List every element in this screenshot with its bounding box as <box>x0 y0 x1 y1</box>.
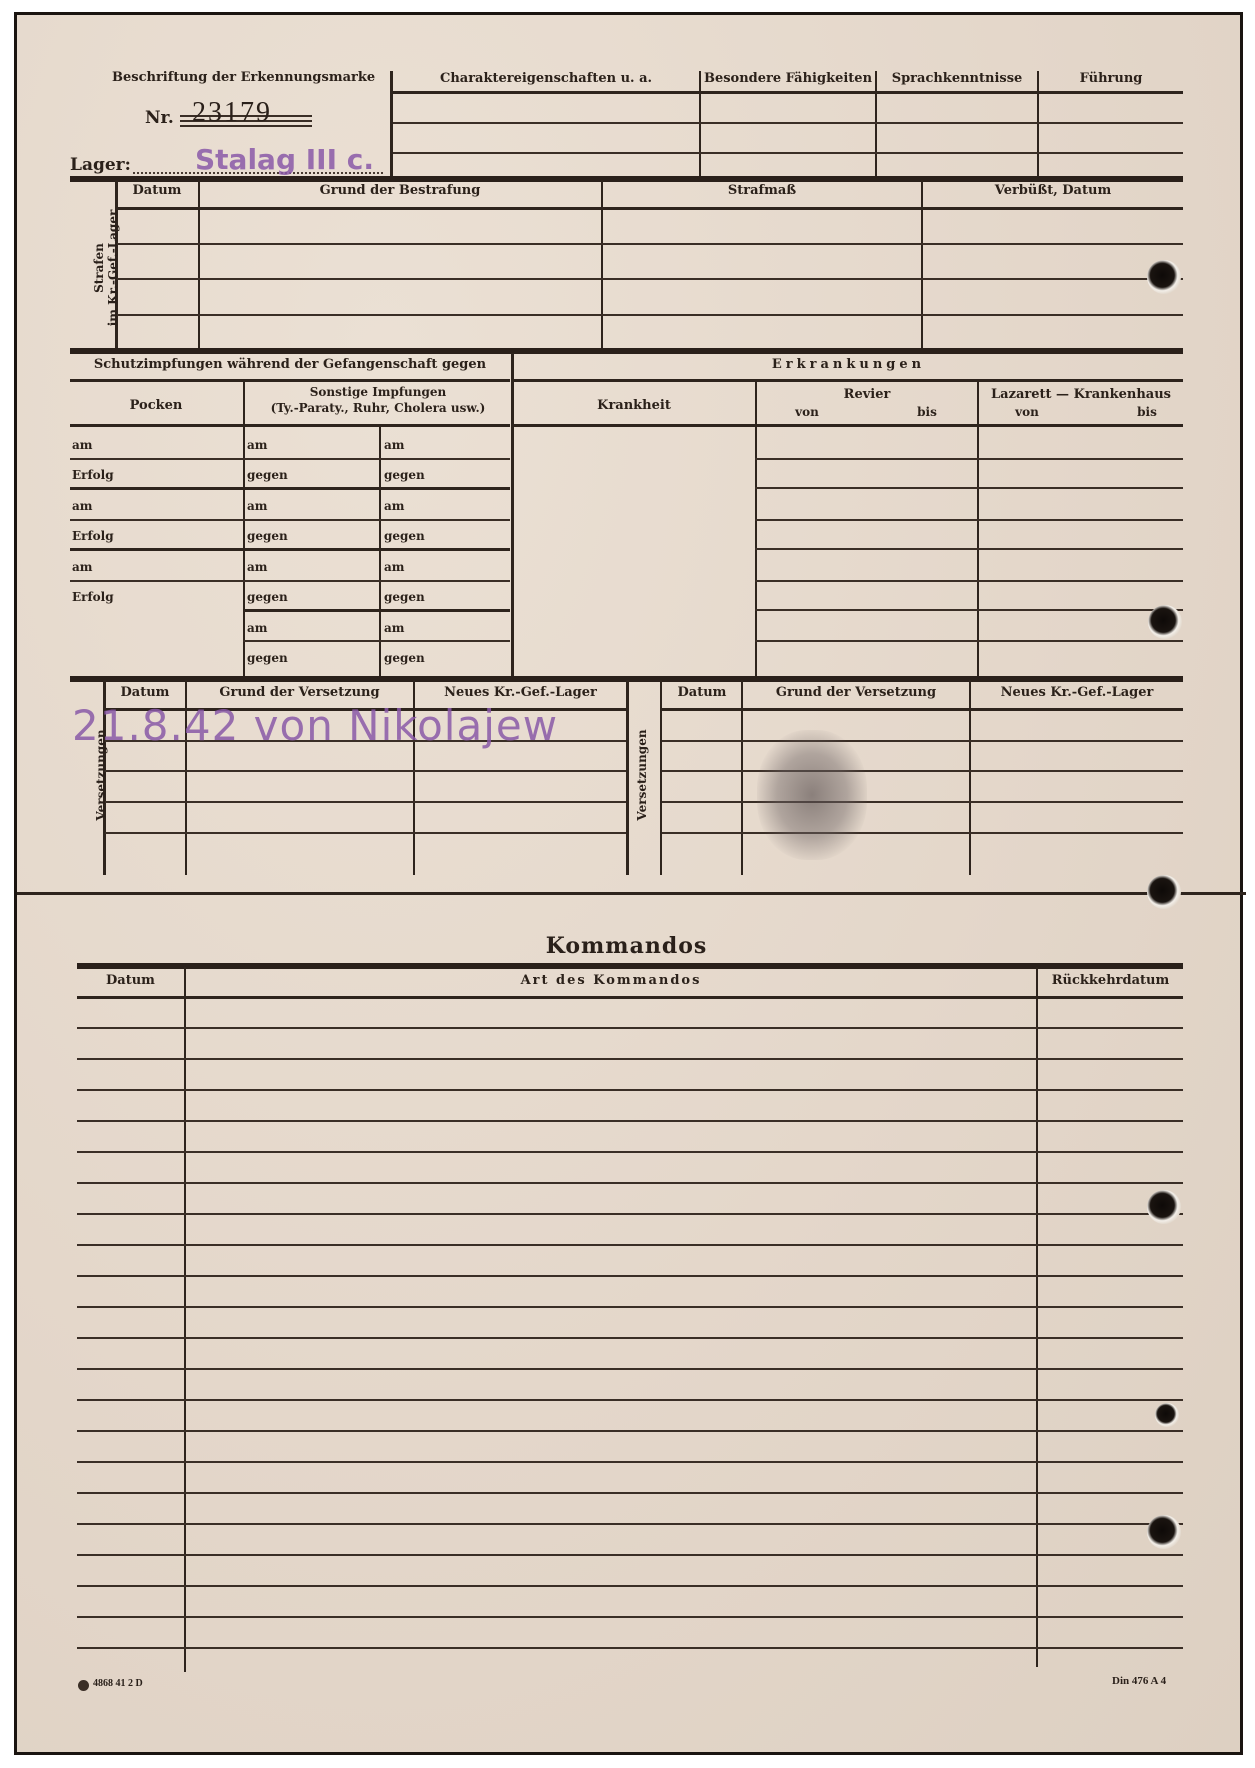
ink-smudge <box>757 730 867 860</box>
table-row-line <box>77 1368 1183 1370</box>
col-kommando-return-date: Rückkehrdatum <box>1038 973 1183 988</box>
col-punish-served: Verbüßt, Datum <box>923 183 1183 198</box>
camp-stamp: Stalag III c. <box>195 143 374 176</box>
vacc-row: gegen <box>247 468 288 482</box>
vacc-row: gegen <box>247 651 288 665</box>
punch-hole <box>1155 1403 1179 1427</box>
col-kommando-type: Art des Kommandos <box>186 973 1036 988</box>
print-code: 4868 41 2 D <box>93 1678 143 1689</box>
transfers-side-label-right: Versetzungen <box>635 715 651 835</box>
vacc-row: am <box>247 560 267 574</box>
nr-label: Nr. <box>145 108 174 128</box>
printer-mark-icon <box>78 1680 89 1691</box>
table-row-line <box>77 1492 1183 1494</box>
illness-header: Krankheit <box>514 398 754 413</box>
vacc-row: am <box>384 499 404 513</box>
col-punish-date: Datum <box>117 183 197 198</box>
vacc-row: gegen <box>384 468 425 482</box>
hospital-to: bis <box>1127 405 1167 419</box>
nr-value: 23179 <box>180 97 312 131</box>
table-row-line <box>77 1306 1183 1308</box>
col-character: Charaktereigenschaften u. a. <box>393 71 699 86</box>
col-transfer-reason: Grund der Versetzung <box>187 685 412 700</box>
vaccinations-title: Schutzimpfungen während der Gefangenscha… <box>70 357 510 372</box>
table-row-line <box>77 1461 1183 1463</box>
table-row-line <box>77 1058 1183 1060</box>
pox-header: Pocken <box>70 398 242 413</box>
pox-row: am <box>72 560 92 574</box>
table-row-line <box>77 1647 1183 1649</box>
pox-row: am <box>72 499 92 513</box>
infirmary-header: Revier <box>757 387 977 402</box>
table-row-line <box>77 1337 1183 1339</box>
vacc-row: am <box>384 621 404 635</box>
other-vacc-header: Sonstige Impfungen (Ty.-Paraty., Ruhr, C… <box>245 384 511 416</box>
table-row-line <box>77 1430 1183 1432</box>
punishments-side-label: Strafen im Kr.-Gef.-Lager <box>92 208 122 328</box>
vacc-row: gegen <box>384 651 425 665</box>
vacc-row: am <box>384 560 404 574</box>
col-transfer-new-camp: Neues Kr.-Gef.-Lager <box>415 685 626 700</box>
table-row-line <box>77 1151 1183 1153</box>
punch-hole <box>1147 1515 1181 1549</box>
col-kommando-date: Datum <box>77 973 184 988</box>
kommandos-title: Kommandos <box>70 933 1183 959</box>
table-row-line <box>77 1244 1183 1246</box>
infirmary-from: von <box>787 405 827 419</box>
col-punish-reason: Grund der Bestrafung <box>200 183 600 198</box>
vacc-row: am <box>247 621 267 635</box>
punch-hole <box>1147 875 1181 909</box>
transfer-stamp-entry: 21.8.42 von Nikolajew <box>72 701 558 750</box>
din-format: Din 476 A 4 <box>1112 1675 1166 1687</box>
pow-record-card-back: Beschriftung der Erkennungsmarke Nr. 231… <box>14 12 1243 1755</box>
vacc-row: am <box>247 499 267 513</box>
vacc-row: gegen <box>384 529 425 543</box>
col-conduct: Führung <box>1039 71 1183 86</box>
col-transfer-reason-2: Grund der Versetzung <box>743 685 969 700</box>
illnesses-title: Erkrankungen <box>514 357 1183 372</box>
hospital-from: von <box>1007 405 1047 419</box>
infirmary-to: bis <box>907 405 947 419</box>
col-transfer-date: Datum <box>105 685 185 700</box>
vacc-row: gegen <box>247 590 288 604</box>
vacc-row: gegen <box>384 590 425 604</box>
vacc-row: am <box>247 438 267 452</box>
pox-row: Erfolg <box>72 590 114 604</box>
table-row-line <box>77 1027 1183 1029</box>
punch-hole <box>1148 605 1182 639</box>
camp-label: Lager: <box>70 155 131 175</box>
fold-line <box>17 892 1246 895</box>
table-row-line <box>77 1616 1183 1618</box>
table-row-line <box>77 1120 1183 1122</box>
table-row-line <box>77 1275 1183 1277</box>
table-row-line <box>77 1523 1183 1525</box>
table-row-line <box>77 1585 1183 1587</box>
table-row-line <box>77 1554 1183 1556</box>
punch-hole <box>1147 260 1181 294</box>
vacc-row: am <box>384 438 404 452</box>
col-punish-measure: Strafmaß <box>603 183 921 198</box>
vacc-row: gegen <box>247 529 288 543</box>
table-row-line <box>77 1089 1183 1091</box>
tag-caption: Beschriftung der Erkennungsmarke <box>112 70 357 85</box>
col-special-skills: Besondere Fähigkeiten <box>701 71 875 86</box>
col-languages: Sprachkenntnisse <box>877 71 1037 86</box>
hospital-header: Lazarett — Krankenhaus <box>979 387 1183 402</box>
pox-row: Erfolg <box>72 529 114 543</box>
punch-hole <box>1147 1190 1181 1224</box>
table-row-line <box>77 1213 1183 1215</box>
pox-row: Erfolg <box>72 468 114 482</box>
col-transfer-new-camp-2: Neues Kr.-Gef.-Lager <box>971 685 1183 700</box>
table-row-line <box>77 1399 1183 1401</box>
col-transfer-date-2: Datum <box>662 685 742 700</box>
pox-row: am <box>72 438 92 452</box>
table-row-line <box>77 1182 1183 1184</box>
